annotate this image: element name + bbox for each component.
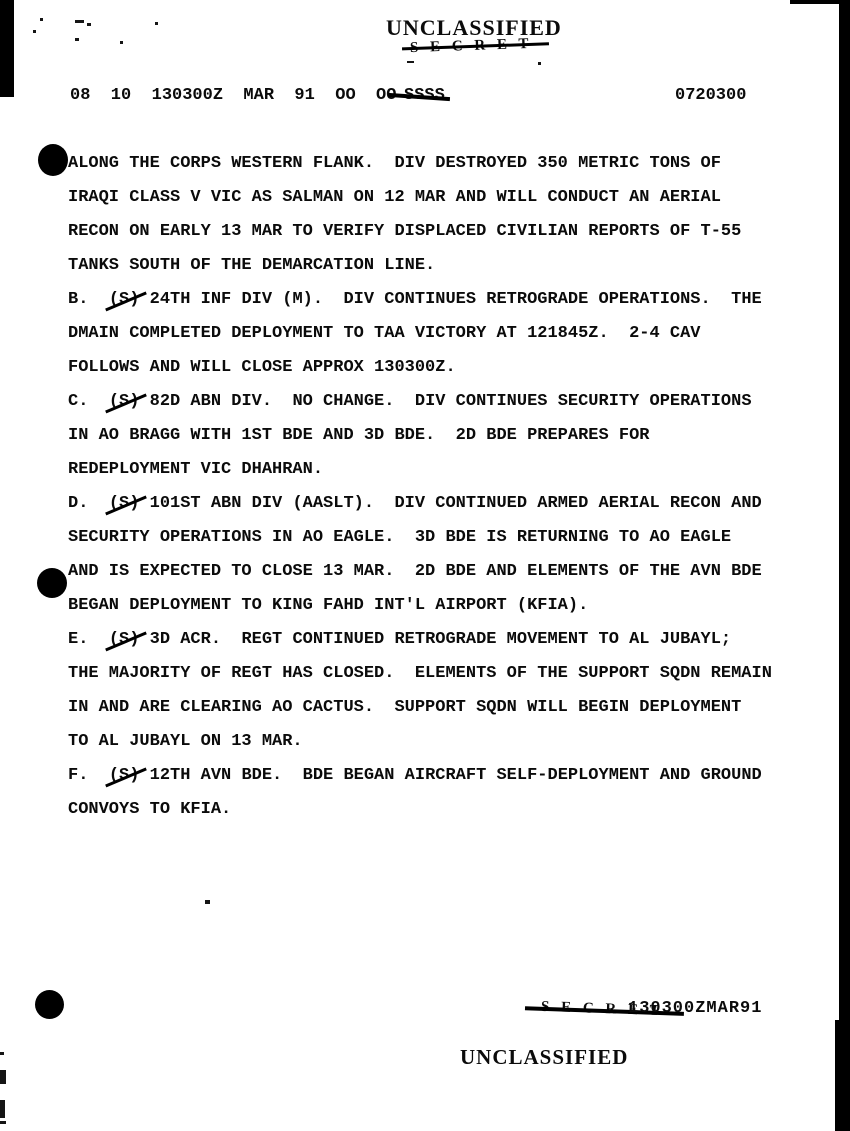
body-line: IRAQI CLASS V VIC AS SALMAN ON 12 MAR AN… [68, 181, 808, 215]
body-line: TO AL JUBAYL ON 13 MAR. [68, 725, 808, 759]
scan-artifact-right-bar [839, 0, 850, 1131]
scan-speck [87, 23, 91, 26]
paragraph-label: E. [68, 630, 109, 649]
body-line: E. (S) 3D ACR. REGT CONTINUED RETROGRADE… [68, 623, 808, 657]
body-line-text: 3D ACR. REGT CONTINUED RETROGRADE MOVEME… [139, 630, 731, 649]
body-line-text: 12TH AVN BDE. BDE BEGAN AIRCRAFT SELF-DE… [139, 766, 761, 785]
paragraph-label: B. [68, 290, 109, 309]
scan-speck [0, 1070, 6, 1084]
classification-mark-struck: (S) [109, 283, 140, 317]
body-line: CONVOYS TO KFIA. [68, 793, 808, 827]
scan-artifact-top-left-bar [0, 0, 14, 97]
body-line: BEGAN DEPLOYMENT TO KING FAHD INT'L AIRP… [68, 589, 808, 623]
footer-unclassified-stamp: UNCLASSIFIED [460, 1045, 628, 1070]
reference-number: 0720300 [675, 86, 746, 105]
body-line: B. (S) 24TH INF DIV (M). DIV CONTINUES R… [68, 283, 808, 317]
scan-speck [407, 61, 414, 63]
classification-mark-struck: (S) [109, 623, 140, 657]
scan-speck [75, 20, 84, 23]
body-line-text: 24TH INF DIV (M). DIV CONTINUES RETROGRA… [139, 290, 761, 309]
scan-artifact-top-right-line [790, 0, 850, 4]
footer-date-time-group: 130300ZMAR91 [628, 999, 762, 1018]
body-line: SECURITY OPERATIONS IN AO EAGLE. 3D BDE … [68, 521, 808, 555]
body-line: D. (S) 101ST ABN DIV (AASLT). DIV CONTIN… [68, 487, 808, 521]
body-line: F. (S) 12TH AVN BDE. BDE BEGAN AIRCRAFT … [68, 759, 808, 793]
classification-mark-struck: (S) [109, 487, 140, 521]
body-line-text: 82D ABN DIV. NO CHANGE. DIV CONTINUES SE… [139, 392, 751, 411]
scan-artifact-bottom-right-bar [835, 1020, 850, 1131]
body-line: IN AO BRAGG WITH 1ST BDE AND 3D BDE. 2D … [68, 419, 808, 453]
body-line: REDEPLOYMENT VIC DHAHRAN. [68, 453, 808, 487]
reference-code-struck: SSSS [404, 86, 445, 105]
scan-speck [0, 1121, 6, 1124]
paragraph-label: F. [68, 766, 109, 785]
scan-speck [40, 18, 43, 21]
header-secret-struck: S E C R E T [410, 36, 533, 57]
scan-speck [75, 38, 79, 41]
body-line: DMAIN COMPLETED DEPLOYMENT TO TAA VICTOR… [68, 317, 808, 351]
scan-speck [120, 41, 123, 44]
hole-punch-dot-bottom [35, 990, 64, 1019]
scan-speck [0, 1052, 4, 1055]
body-line: FOLLOWS AND WILL CLOSE APPROX 130300Z. [68, 351, 808, 385]
body-line: IN AND ARE CLEARING AO CACTUS. SUPPORT S… [68, 691, 808, 725]
reference-line: 08 10 130300Z MAR 91 OO OO SSSS 0720300 [0, 86, 850, 108]
body-line: C. (S) 82D ABN DIV. NO CHANGE. DIV CONTI… [68, 385, 808, 419]
scan-speck [33, 30, 36, 33]
body-line: ALONG THE CORPS WESTERN FLANK. DIV DESTR… [68, 147, 808, 181]
scan-speck [538, 62, 541, 65]
reference-line-left: 08 10 130300Z MAR 91 OO OO [70, 86, 396, 105]
scan-speck [205, 900, 210, 904]
body-line-text: 101ST ABN DIV (AASLT). DIV CONTINUED ARM… [139, 494, 761, 513]
document-page: { "document": { "header": { "unclassifie… [0, 0, 850, 1131]
paragraph-label: D. [68, 494, 109, 513]
scan-speck [155, 22, 158, 25]
body-line: AND IS EXPECTED TO CLOSE 13 MAR. 2D BDE … [68, 555, 808, 589]
hole-punch-dot-middle [37, 568, 67, 598]
document-body: ALONG THE CORPS WESTERN FLANK. DIV DESTR… [68, 147, 808, 827]
body-line: RECON ON EARLY 13 MAR TO VERIFY DISPLACE… [68, 215, 808, 249]
classification-mark-struck: (S) [109, 385, 140, 419]
classification-mark-struck: (S) [109, 759, 140, 793]
body-line: TANKS SOUTH OF THE DEMARCATION LINE. [68, 249, 808, 283]
hole-punch-dot-top [38, 144, 68, 176]
body-line: THE MAJORITY OF REGT HAS CLOSED. ELEMENT… [68, 657, 808, 691]
scan-speck [0, 1100, 5, 1118]
paragraph-label: C. [68, 392, 109, 411]
